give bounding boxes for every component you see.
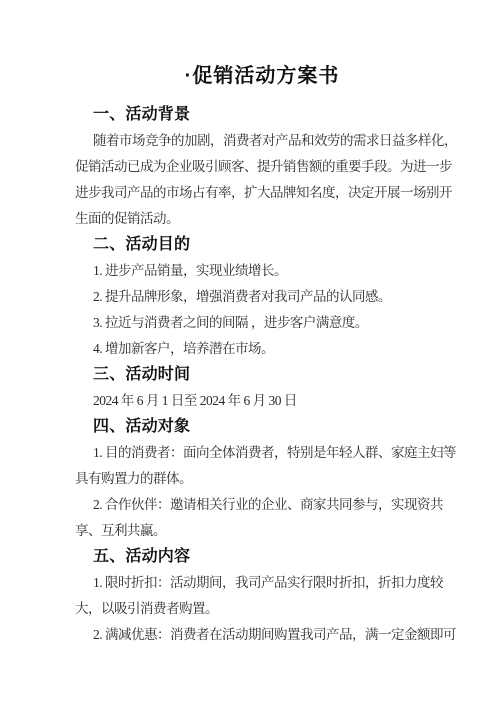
section-heading: 四、活动对象: [75, 414, 480, 440]
text-line: 3. 拉近与消费者之间的间隔 ，进步客户满意度。: [75, 310, 480, 336]
text-line: 2. 满减优惠：消费者在活动期间购置我司产品，满一定金额即可: [75, 622, 480, 648]
text-line: 1. 目的消费者：面向全体消费者，特别是年轻人群、家庭主妇等: [75, 440, 480, 466]
section-heading: 三、活动时间: [75, 362, 480, 388]
section-heading: 五、活动内容: [75, 544, 480, 570]
text-line: 生面的促销活动。: [75, 206, 480, 232]
text-line: 大，以吸引消费者购置。: [75, 596, 480, 622]
document-page: ·促销活动方案书 一、活动背景随着市场竞争的加剧，消费者对产品和效劳的需求日益多…: [0, 0, 500, 707]
text-line: 2024 年 6 月 1 日至 2024 年 6 月 30 日: [75, 388, 480, 414]
document-title: ·促销活动方案书: [0, 0, 500, 90]
text-line: 进步我司产品的市场占有率，扩大品牌知名度，决定开展一场别开: [75, 180, 480, 206]
text-line: 随着市场竞争的加剧，消费者对产品和效劳的需求日益多样化，: [75, 128, 480, 154]
document-body: 一、活动背景随着市场竞争的加剧，消费者对产品和效劳的需求日益多样化，促销活动已成…: [0, 102, 500, 648]
text-line: 享、互利共赢。: [75, 518, 480, 544]
text-line: 2. 提升品牌形象，增强消费者对我司产品的认同感。: [75, 284, 480, 310]
section-heading: 一、活动背景: [75, 102, 480, 128]
text-line: 4. 增加新客户，培养潜在市场。: [75, 336, 480, 362]
text-line: 1. 进步产品销量，实现业绩增长。: [75, 258, 480, 284]
text-line: 具有购置力的群体。: [75, 466, 480, 492]
section-heading: 二、活动目的: [75, 232, 480, 258]
text-line: 1. 限时折扣：活动期间，我司产品实行限时折扣，折扣力度较: [75, 570, 480, 596]
text-line: 2. 合作伙伴：邀请相关行业的企业、商家共同参与，实现资共: [75, 492, 480, 518]
text-line: 促销活动已成为企业吸引顾客、提升销售额的重要手段。为进一步: [75, 154, 480, 180]
